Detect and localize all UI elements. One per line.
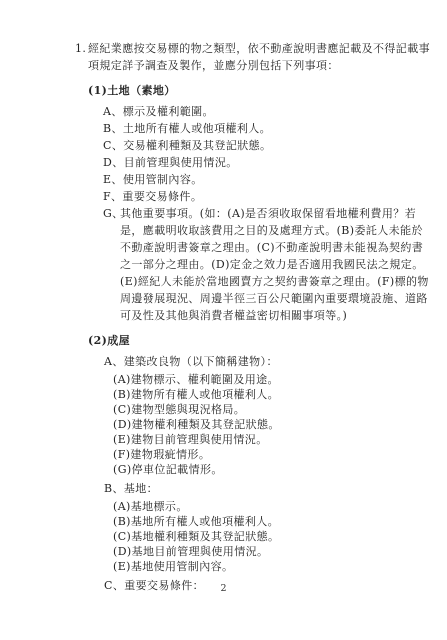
building-item-b: (B)建物所有權人或他項權利人。 <box>113 387 437 402</box>
base-item-b: (B)基地所有權人或他項權利人。 <box>113 514 437 529</box>
building-item-d: (D)建物權利種類及其登記狀態。 <box>113 417 437 432</box>
building-item-c: (C)建物型態與現況格局。 <box>113 402 437 417</box>
section-land-items: A、標示及權利範圍。 B、土地所有權人或他項權利人。 C、交易權利種類及其登記狀… <box>103 103 437 324</box>
land-item-g-marker: G、 <box>103 205 120 324</box>
section-house-heading: (2)成屋 <box>88 332 437 349</box>
base-item-e: (E)基地使用管制內容。 <box>113 559 437 574</box>
building-item-g: (G)停車位記載情形。 <box>113 462 437 477</box>
list-item-1-marker: 1. <box>75 40 88 74</box>
document-content: 1. 經紀業應按交易標的物之類型，依不動產說明書應記載及不得記載事項規定詳予調查… <box>75 40 437 596</box>
base-subsection-heading: B、基地： <box>104 480 437 497</box>
document-page: 1. 經紀業應按交易標的物之類型，依不動產說明書應記載及不得記載事項規定詳予調查… <box>0 0 447 640</box>
land-item-b: B、土地所有權人或他項權利人。 <box>103 120 437 137</box>
list-item-1-text: 經紀業應按交易標的物之類型，依不動產說明書應記載及不得記載事項規定詳予調查及製作… <box>88 40 437 74</box>
land-item-g-text: 其他重要事項。(如：(A)是否須收取保留看地權利費用？若是，應載明收取該費用之目… <box>120 205 437 324</box>
base-item-d: (D)基地目前管理與使用情況。 <box>113 544 437 559</box>
page-number: 2 <box>0 583 447 594</box>
building-item-a: (A)建物標示、權利範圍及用途。 <box>113 372 437 387</box>
base-item-a: (A)基地標示。 <box>113 499 437 514</box>
building-subsection-items: (A)建物標示、權利範圍及用途。 (B)建物所有權人或他項權利人。 (C)建物型… <box>113 372 437 477</box>
land-item-f: F、重要交易條件。 <box>103 188 437 205</box>
building-item-e: (E)建物目前管理與使用情況。 <box>113 432 437 447</box>
land-item-d: D、目前管理與使用情況。 <box>103 154 437 171</box>
land-item-e: E、使用管制內容。 <box>103 171 437 188</box>
list-item-1: 1. 經紀業應按交易標的物之類型，依不動產說明書應記載及不得記載事項規定詳予調查… <box>75 40 437 74</box>
building-item-f: (F)建物瑕疵情形。 <box>113 447 437 462</box>
section-house: (2)成屋 A、建築改良物（以下簡稱建物）： (A)建物標示、權利範圍及用途。 … <box>75 332 437 594</box>
land-item-g: G、 其他重要事項。(如：(A)是否須收取保留看地權利費用？若是，應載明收取該費… <box>103 205 437 324</box>
land-item-a: A、標示及權利範圍。 <box>103 103 437 120</box>
base-item-c: (C)基地權利種類及其登記狀態。 <box>113 529 437 544</box>
section-land-heading: (1)土地（素地） <box>88 82 437 99</box>
base-subsection-items: (A)基地標示。 (B)基地所有權人或他項權利人。 (C)基地權利種類及其登記狀… <box>113 499 437 574</box>
building-subsection-heading: A、建築改良物（以下簡稱建物）： <box>104 353 437 370</box>
land-item-c: C、交易權利種類及其登記狀態。 <box>103 137 437 154</box>
section-land: (1)土地（素地） A、標示及權利範圍。 B、土地所有權人或他項權利人。 C、交… <box>75 82 437 324</box>
